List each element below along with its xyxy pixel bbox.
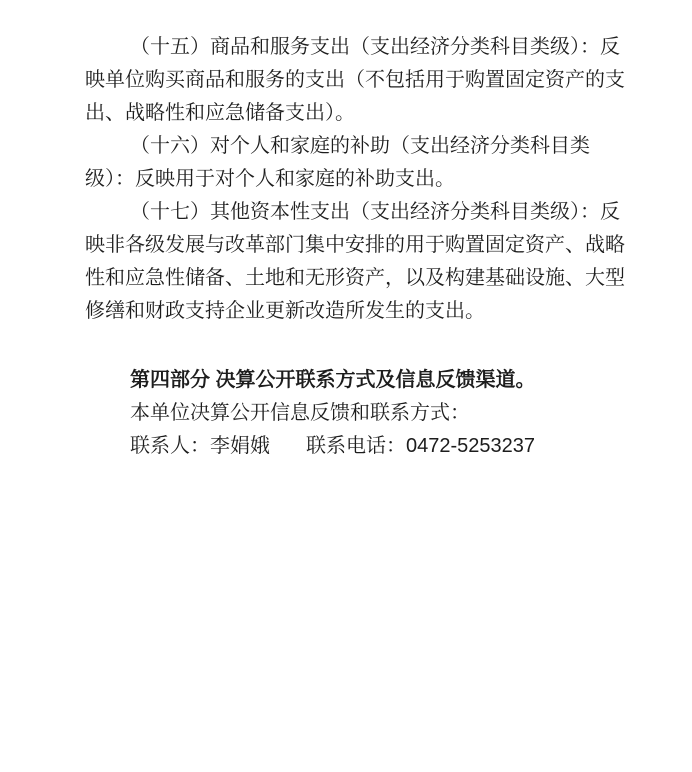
- paragraph-line: 级）：反映用于对个人和家庭的补助支出。: [85, 163, 615, 196]
- feedback-intro-line: 本单位决算公开信息反馈和联系方式：: [85, 397, 615, 430]
- paragraph-item-15: （十五）商品和服务支出（支出经济分类科目类级）：反 映单位购买商品和服务的支出（…: [85, 31, 615, 130]
- contact-line: 联系人：李娟娥联系电话：0472-5253237: [85, 430, 615, 463]
- paragraph-line: （十七）其他资本性支出（支出经济分类科目类级）：反: [85, 196, 615, 229]
- paragraph-line: 映非各级发展与改革部门集中安排的用于购置固定资产、战略: [85, 229, 615, 262]
- blank-line: [85, 328, 615, 364]
- paragraph-line: 出、战略性和应急储备支出）。: [85, 97, 615, 130]
- paragraph-line: 修缮和财政支持企业更新改造所发生的支出。: [85, 295, 615, 328]
- contact-person-name: 李娟娥: [210, 435, 270, 457]
- contact-phone-number: 0472-5253237: [406, 435, 535, 457]
- document-body: （十五）商品和服务支出（支出经济分类科目类级）：反 映单位购买商品和服务的支出（…: [85, 31, 615, 463]
- paragraph-line: （十六）对个人和家庭的补助（支出经济分类科目类: [85, 130, 615, 163]
- section-heading: 第四部分 决算公开联系方式及信息反馈渠道。: [85, 364, 615, 397]
- paragraph-line: 性和应急性储备、土地和无形资产，以及构建基础设施、大型: [85, 262, 615, 295]
- document-page: （十五）商品和服务支出（支出经济分类科目类级）：反 映单位购买商品和服务的支出（…: [0, 0, 692, 772]
- paragraph-item-17: （十七）其他资本性支出（支出经济分类科目类级）：反 映非各级发展与改革部门集中安…: [85, 196, 615, 328]
- paragraph-line: 映单位购买商品和服务的支出（不包括用于购置固定资产的支: [85, 64, 615, 97]
- contact-phone-label: 联系电话：: [306, 435, 406, 457]
- paragraph-line: （十五）商品和服务支出（支出经济分类科目类级）：反: [85, 31, 615, 64]
- contact-person-label: 联系人：: [130, 435, 210, 457]
- paragraph-item-16: （十六）对个人和家庭的补助（支出经济分类科目类 级）：反映用于对个人和家庭的补助…: [85, 130, 615, 196]
